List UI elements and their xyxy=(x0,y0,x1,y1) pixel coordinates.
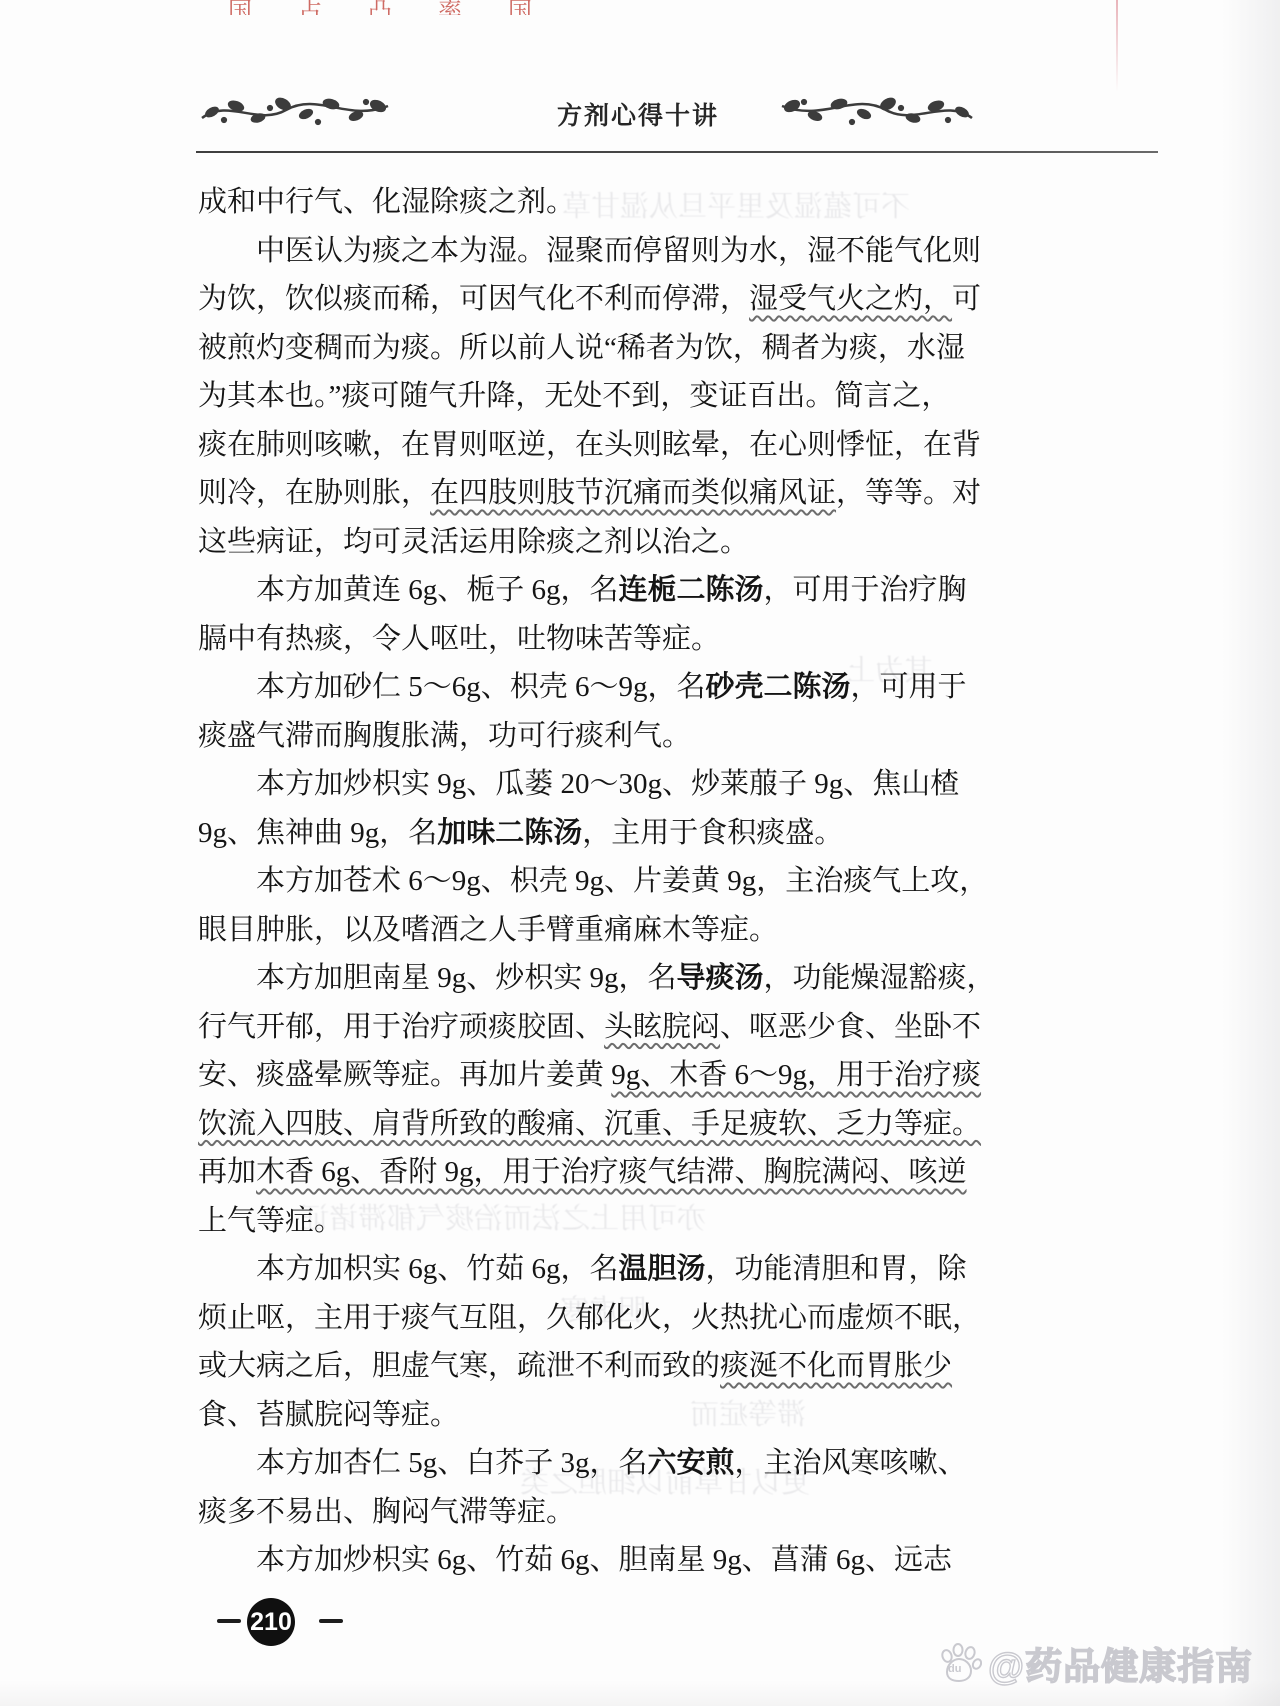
book-page: 国占凸率国 不可蕴湿及里平旦从湿甘草其为上亦可用上之法而治痰气郁滞诸证胆虚寒滞等… xyxy=(0,0,1280,1706)
underlined-text: 9g、木香 6～9g，用于治疗痰 xyxy=(611,1059,981,1091)
text-line: 本方加杏仁 5g、白芥子 3g，名六安煎，主治风寒咳嗽、 xyxy=(198,1439,992,1488)
text-line: 本方加苍术 6～9g、枳壳 9g、片姜黄 9g，主治痰气上攻， xyxy=(198,857,992,906)
text-segment: 被煎灼变稠而为痰。所以前人说“稀者为饮，稠者为痰，水湿 xyxy=(198,332,965,364)
formula-name: 连栀二陈汤 xyxy=(619,574,764,606)
text-segment: 成和中行气、化湿除痰之剂。 xyxy=(198,186,575,218)
page-title: 方剂心得十讲 xyxy=(508,96,768,132)
text-line: 或大病之后，胆虚气寒，疏泄不利而致的痰涎不化而胃胀少 xyxy=(198,1342,992,1391)
text-line: 为饮，饮似痰而稀，可因气化不利而停滞，湿受气火之灼，可 xyxy=(198,275,992,324)
floral-flourish-right-icon xyxy=(778,90,976,136)
text-line: 则冷，在胁则胀，在四肢则肢节沉痛而类似痛风证，等等。对 xyxy=(198,469,992,518)
underlined-text: 木香 6g、香附 9g，用于治疗痰气结滞、胸脘满闷、咳逆 xyxy=(256,1156,967,1188)
text-line: 上气等症。 xyxy=(198,1197,992,1246)
page-number-badge: 210 xyxy=(247,1598,295,1646)
text-segment: 再加 xyxy=(198,1156,256,1188)
page-number: 210 xyxy=(250,1608,292,1637)
text-segment: 痰盛气滞而胸腹胀满，功可行痰利气。 xyxy=(198,720,691,752)
text-segment: 本方加胆南星 9g、炒枳实 9g，名 xyxy=(256,962,677,994)
text-segment: ，可用于 xyxy=(851,671,967,703)
text-line: 膈中有热痰，令人呕吐，吐物味苦等症。 xyxy=(198,615,992,664)
text-segment: 安、痰盛晕厥等症。再加片姜黄 xyxy=(198,1059,611,1091)
text-segment: 可 xyxy=(952,283,981,315)
formula-name: 温胆汤 xyxy=(619,1253,706,1285)
formula-name: 导痰汤 xyxy=(677,962,764,994)
baidu-paw-icon: du xyxy=(938,1642,982,1684)
text-segment: 痰多不易出、胸闷气滞等症。 xyxy=(198,1496,575,1528)
text-segment: 膈中有热痰，令人呕吐，吐物味苦等症。 xyxy=(198,623,720,655)
text-segment: 本方加砂仁 5～6g、枳壳 6～9g，名 xyxy=(256,671,706,703)
underlined-text: 湿受气火之灼， xyxy=(749,283,952,315)
text-line: 痰盛气滞而胸腹胀满，功可行痰利气。 xyxy=(198,712,992,761)
red-crop-marks: 国占凸率国 xyxy=(228,0,748,15)
text-segment: 痰在肺则咳嗽，在胃则呕逆，在头则眩晕，在心则悸怔，在背 xyxy=(198,429,981,461)
scan-edge-shadow xyxy=(1222,0,1280,1706)
text-segment: ，可用于治疗胸 xyxy=(764,574,967,606)
underlined-text: 饮流入四肢、肩背所致的酸痛、沉重、手足疲软、乏力等症。 xyxy=(198,1108,981,1140)
underlined-text: 痰涎不化而胃胀少 xyxy=(720,1350,952,1382)
text-line: 眼目肿胀，以及嗜酒之人手臂重痛麻木等症。 xyxy=(198,906,992,955)
text-segment: ，主治风寒咳嗽、 xyxy=(735,1447,967,1479)
text-line: 中医认为痰之本为湿。湿聚而停留则为水，湿不能气化则 xyxy=(198,227,992,276)
text-segment: 本方加苍术 6～9g、枳壳 9g、片姜黄 9g，主治痰气上攻， xyxy=(256,865,988,897)
paw-label: du xyxy=(948,1663,961,1675)
text-segment: 则冷，在胁则胀， xyxy=(198,477,430,509)
text-segment: 上气等症。 xyxy=(198,1205,343,1237)
text-line: 饮流入四肢、肩背所致的酸痛、沉重、手足疲软、乏力等症。 xyxy=(198,1100,992,1149)
text-line: 安、痰盛晕厥等症。再加片姜黄 9g、木香 6～9g，用于治疗痰 xyxy=(198,1051,992,1100)
text-line: 这些病证，均可灵活运用除痰之剂以治之。 xyxy=(198,518,992,567)
text-line: 被煎灼变稠而为痰。所以前人说“稀者为饮，稠者为痰，水湿 xyxy=(198,324,992,373)
text-segment: ，主用于食积痰盛。 xyxy=(582,817,843,849)
text-line: 成和中行气、化湿除痰之剂。 xyxy=(198,178,992,227)
underlined-text: 头眩脘闷 xyxy=(604,1011,720,1043)
watermark-text: @药品健康指南 xyxy=(988,1636,1253,1690)
text-line: 痰多不易出、胸闷气滞等症。 xyxy=(198,1488,992,1537)
text-line: 食、苔腻脘闷等症。 xyxy=(198,1391,992,1440)
text-line: 痰在肺则咳嗽，在胃则呕逆，在头则眩晕，在心则悸怔，在背 xyxy=(198,421,992,470)
text-segment: 烦止呕，主用于痰气互阻，久郁化火，火热扰心而虚烦不眠， xyxy=(198,1302,981,1334)
underlined-text: 在四肢则肢节沉痛而类似痛风证 xyxy=(430,477,836,509)
text-line: 本方加砂仁 5～6g、枳壳 6～9g，名砂壳二陈汤，可用于 xyxy=(198,663,992,712)
text-segment: 9g、焦神曲 9g，名 xyxy=(198,817,437,849)
text-line: 本方加枳实 6g、竹茹 6g，名温胆汤，功能清胆和胃，除 xyxy=(198,1245,992,1294)
text-segment: 本方加枳实 6g、竹茹 6g，名 xyxy=(256,1253,619,1285)
scan-pink-streak xyxy=(1116,0,1118,92)
text-segment: 食、苔腻脘闷等症。 xyxy=(198,1399,459,1431)
formula-name: 六安煎 xyxy=(648,1447,735,1479)
text-segment: 这些病证，均可灵活运用除痰之剂以治之。 xyxy=(198,526,749,558)
formula-name: 砂壳二陈汤 xyxy=(706,671,851,703)
text-line: 本方加黄连 6g、栀子 6g，名连栀二陈汤，可用于治疗胸 xyxy=(198,566,992,615)
page-number-dash-right xyxy=(319,1619,343,1623)
text-line: 9g、焦神曲 9g，名加味二陈汤，主用于食积痰盛。 xyxy=(198,809,992,858)
header-divider xyxy=(196,151,1158,153)
body-text: 成和中行气、化湿除痰之剂。中医认为痰之本为湿。湿聚而停留则为水，湿不能气化则为饮… xyxy=(198,178,992,1585)
text-segment: 或大病之后，胆虚气寒，疏泄不利而致的 xyxy=(198,1350,720,1382)
text-segment: 行气开郁，用于治疗顽痰胶固、 xyxy=(198,1011,604,1043)
page-number-dash-left xyxy=(217,1619,241,1623)
text-segment: 本方加杏仁 5g、白芥子 3g，名 xyxy=(256,1447,648,1479)
text-line: 行气开郁，用于治疗顽痰胶固、头眩脘闷、呕恶少食、坐卧不 xyxy=(198,1003,992,1052)
text-line: 本方加炒枳实 9g、瓜蒌 20～30g、炒莱菔子 9g、焦山楂 xyxy=(198,760,992,809)
text-segment: 本方加炒枳实 9g、瓜蒌 20～30g、炒莱菔子 9g、焦山楂 xyxy=(256,768,959,800)
text-line: 本方加胆南星 9g、炒枳实 9g，名导痰汤，功能燥湿豁痰， xyxy=(198,954,992,1003)
floral-flourish-left-icon xyxy=(198,88,393,138)
text-line: 再加木香 6g、香附 9g，用于治疗痰气结滞、胸脘满闷、咳逆 xyxy=(198,1148,992,1197)
text-line: 烦止呕，主用于痰气互阻，久郁化火，火热扰心而虚烦不眠， xyxy=(198,1294,992,1343)
text-segment: 眼目肿胀，以及嗜酒之人手臂重痛麻木等症。 xyxy=(198,914,778,946)
text-segment: 本方加黄连 6g、栀子 6g，名 xyxy=(256,574,619,606)
text-segment: 为其本也。”痰可随气升降，无处不到，变证百出。简言之， xyxy=(198,380,950,412)
text-segment: 为饮，饮似痰而稀，可因气化不利而停滞， xyxy=(198,283,749,315)
text-segment: ，等等。对 xyxy=(836,477,981,509)
text-segment: ，功能清胆和胃，除 xyxy=(706,1253,967,1285)
formula-name: 加味二陈汤 xyxy=(437,817,582,849)
text-segment: 中医认为痰之本为湿。湿聚而停留则为水，湿不能气化则 xyxy=(256,235,981,267)
text-line: 为其本也。”痰可随气升降，无处不到，变证百出。简言之， xyxy=(198,372,992,421)
text-line: 本方加炒枳实 6g、竹茹 6g、胆南星 9g、菖蒲 6g、远志 xyxy=(198,1536,992,1585)
text-segment: 、呕恶少食、坐卧不 xyxy=(720,1011,981,1043)
watermark: du @药品健康指南 xyxy=(938,1636,1253,1690)
text-segment: 本方加炒枳实 6g、竹茹 6g、胆南星 9g、菖蒲 6g、远志 xyxy=(256,1544,952,1576)
text-segment: ，功能燥湿豁痰， xyxy=(764,962,996,994)
